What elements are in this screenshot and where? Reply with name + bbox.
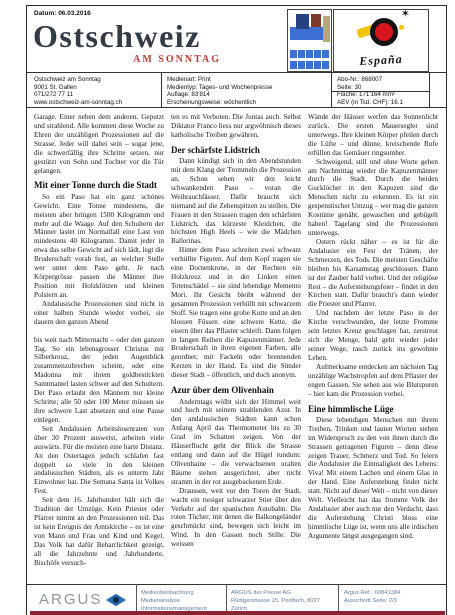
auflage: Auflage: 83'814 <box>167 91 327 99</box>
press-clipping-page: Datum: 06.03.2016 Ostschweiz AM SONNTAG … <box>0 0 455 615</box>
article-paragraph: So ein Paso hat ein ganz schönes Gewicht… <box>34 193 164 300</box>
espana-logo: ✶ España <box>333 9 429 72</box>
abo-nr: Abo-Nr.: 868007 <box>337 76 427 84</box>
section-heading: Azur über dem Olivenhain <box>171 385 301 395</box>
footer-company-line: ARGUS der Presse AG <box>231 590 336 598</box>
article-paragraph: Andalusische Prozessionen sind nicht in … <box>34 300 164 327</box>
section-heading: Der schärfste Lidstrich <box>171 145 301 155</box>
publication-info-row: Ostschweiz am Sonntag 9001 St. Gallen 07… <box>27 72 447 108</box>
publication-city: 9001 St. Gallen <box>34 84 159 92</box>
article-paragraph: Ostern rückt näher – es ist für die Anda… <box>308 238 438 309</box>
page-thumbnail <box>287 9 332 72</box>
medientyp: Medientyp: Tages- und Wochenpresse <box>167 84 327 92</box>
article-paragraph: Seit Andalusien Arbeitslosenraten von üb… <box>34 425 164 496</box>
publication-media-info: Medienart: Print Medientyp: Tages- und W… <box>167 76 327 106</box>
footer-services: Medienbeobachtung Medienanalyse Informat… <box>141 590 223 613</box>
section-heading: Eine himmlische Lüge <box>308 404 438 414</box>
publication-website: www.ostschweiz-am-sonntag.ch <box>34 99 159 107</box>
argus-eye-icon <box>106 593 126 607</box>
flaeche: Fläche: 171'164 mm² <box>337 91 427 99</box>
aev: AEV (in Tsd. CHF): 16.1 <box>337 99 427 107</box>
article-body: Garage. Einer neben dem anderen. Geputzt… <box>34 113 438 584</box>
article-paragraph: Anderntags wölbt sich der Himmel weit un… <box>171 398 301 487</box>
article-paragraph: Diese lebendigen Menschen mit ihrem Trei… <box>308 416 438 541</box>
argus-logo: ARGUS <box>39 591 126 608</box>
thumbnail-photo <box>311 14 321 27</box>
divider <box>331 91 429 92</box>
thumbnail-photo <box>296 14 309 29</box>
publication-phone: 071/272 77 11 <box>34 91 159 99</box>
thumbnail-photo-row <box>290 61 330 69</box>
publication-name: Ostschweiz am Sonntag <box>34 76 159 84</box>
article-paragraph: Und nachdem der letzte Paso in der Kirch… <box>308 309 438 363</box>
article-paragraph: Wände der Häuser werfen das Sonnenlicht … <box>308 113 438 158</box>
thumbnail-photo <box>323 16 330 42</box>
footer-service-line: Medienanalyse <box>141 598 223 606</box>
article-paragraph: Schweigend, still und ohne Worte gehen a… <box>308 158 438 238</box>
argus-ref: Argus Ref.: 60841384 <box>344 590 444 598</box>
article-paragraph: bis weit nach Mitternacht – oder den gan… <box>34 336 164 425</box>
article-paragraph: Hinter dem Paso schreiten zwei schwarz v… <box>171 246 301 380</box>
article-paragraph: Dann kündigt sich in den Abendstunden mi… <box>171 157 301 246</box>
article-column-3: Wände der Häuser werfen das Sonnenlicht … <box>308 113 438 584</box>
medienart: Medienart: Print <box>167 76 327 84</box>
argus-wordmark: ARGUS <box>39 591 102 608</box>
thumbnail-photo-row <box>290 50 330 58</box>
page-frame: Datum: 06.03.2016 Ostschweiz AM SONNTAG … <box>26 5 447 615</box>
section-heading: Mit einer Tonne durch die Stadt <box>34 180 164 190</box>
footer-divider <box>27 584 447 585</box>
article-paragraph: ten es mit Verboten. Die Juntas auch. Se… <box>171 113 301 140</box>
divider <box>429 73 430 107</box>
article-paragraph: Seit dem 16. Jahrhundert hält sich die T… <box>34 496 164 567</box>
divider <box>331 73 332 107</box>
publication-contact: Ostschweiz am Sonntag 9001 St. Gallen 07… <box>34 76 159 106</box>
datum-label: Datum: 06.03.2016 <box>34 10 91 17</box>
article-column-2: ten es mit Verboten. Die Juntas auch. Se… <box>171 113 301 584</box>
ausschnitt-seite: Ausschnitt Seite: 2/3 <box>344 598 444 606</box>
masthead-title: Ostschweiz <box>33 20 201 52</box>
article-column-1: Garage. Einer neben dem anderen. Geputzt… <box>34 113 164 584</box>
footer-service-line: Medienbeobachtung <box>141 590 223 598</box>
article-paragraph: Draussen, weit vor den Toren der Stadt, … <box>171 487 301 549</box>
article-paragraph: Garage. Einer neben dem anderen. Geputzt… <box>34 113 164 175</box>
footer-reference: Argus Ref.: 60841384 Ausschnitt Seite: 2… <box>344 590 444 606</box>
bottom-accent-bar <box>30 611 445 615</box>
sun-circle-icon <box>370 18 398 46</box>
article-paragraph: Aufmerksame entdecken am nächsten Tag un… <box>308 363 438 399</box>
masthead-subtitle: AM SONNTAG <box>33 54 221 65</box>
espana-sun-icon: ✶ <box>364 15 404 47</box>
divider <box>161 73 162 107</box>
sun-dot-icon <box>399 25 404 30</box>
espana-wordmark: España <box>334 51 429 71</box>
erscheinungsweise: Erscheinungsweise: wöchentlich <box>167 99 327 107</box>
star-icon: ✶ <box>401 9 410 20</box>
